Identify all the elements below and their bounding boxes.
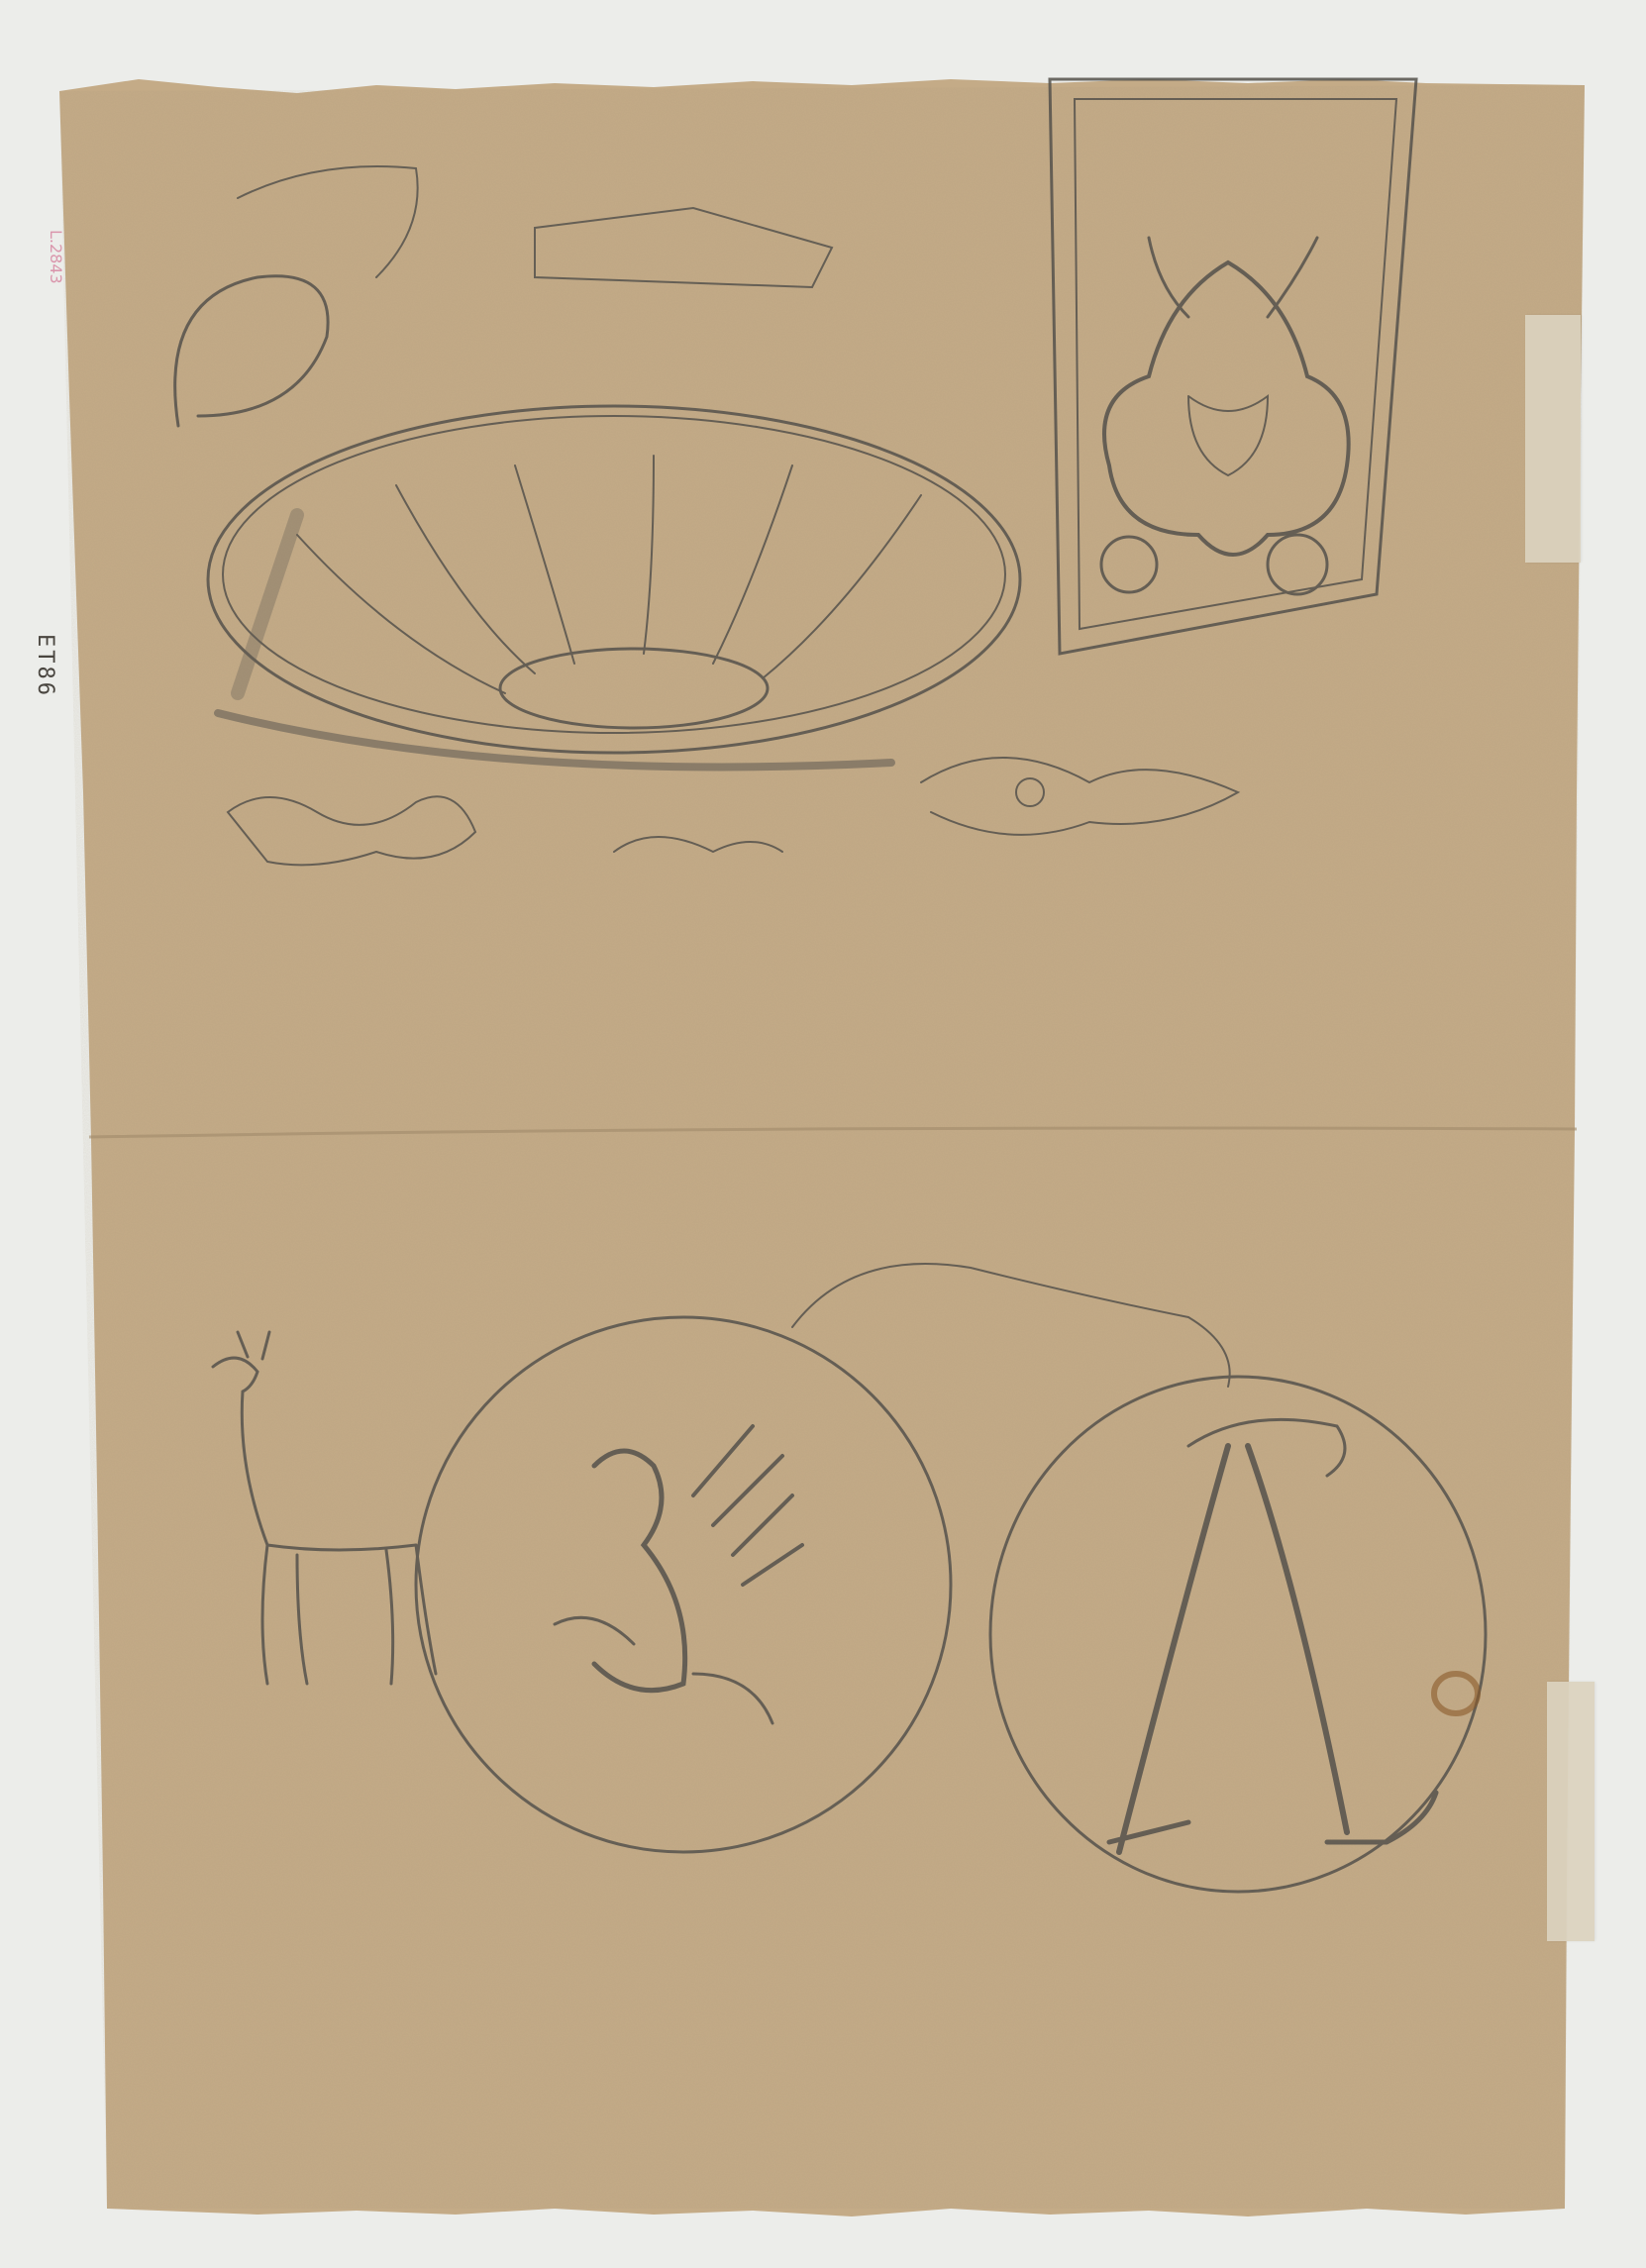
collector-stamp: L.2843 [47,230,65,284]
tape-strip-top [1525,315,1581,563]
tape-strip-bottom [1547,1682,1595,1941]
sketch-sheet [0,0,1646,2268]
artwork-stage: L.2843 ET86 [0,0,1646,2268]
inventory-number: ET86 [33,634,57,698]
